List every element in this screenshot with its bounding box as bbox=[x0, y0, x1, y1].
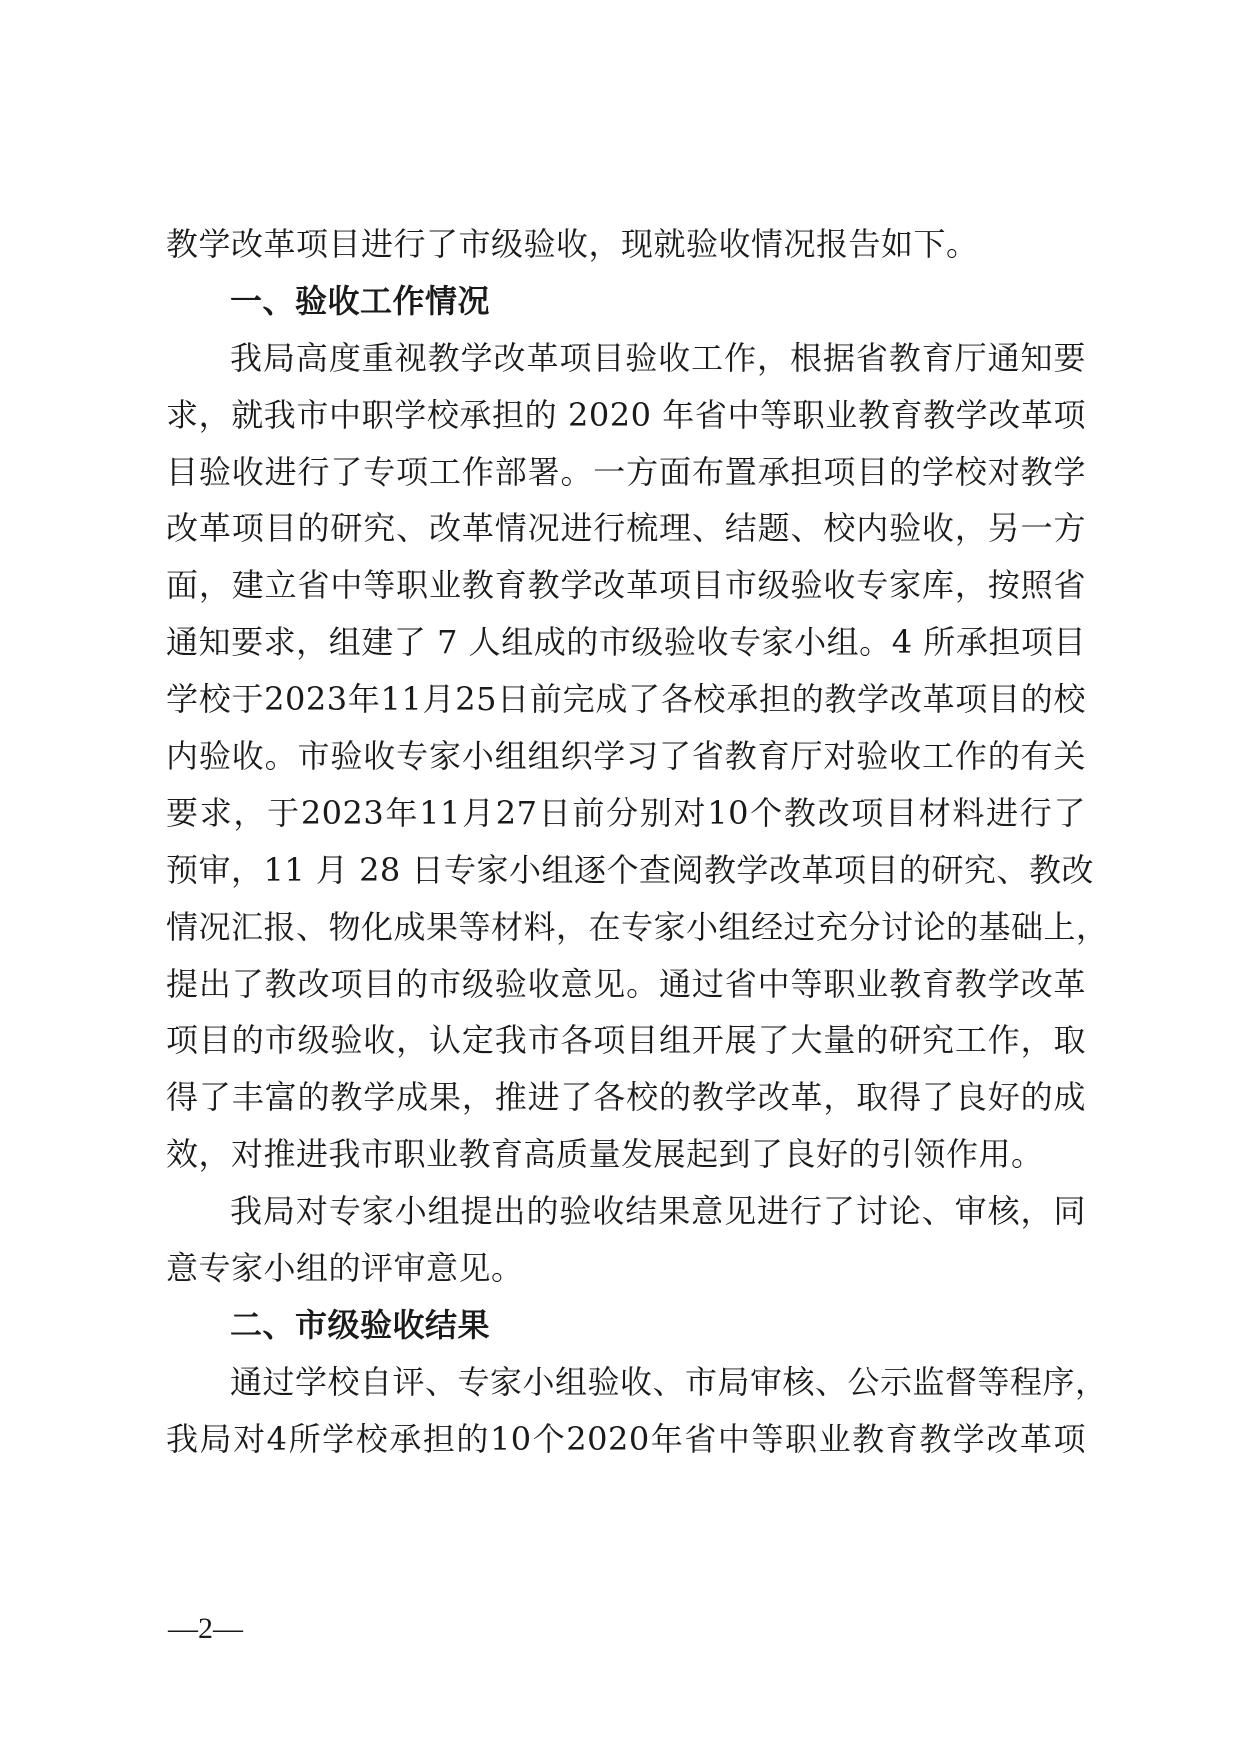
paragraph-line: 目验收进行了专项工作部署。一方面布置承担项目的学校对教学 bbox=[166, 444, 1086, 501]
paragraph-line: 通知要求，组建了 7 人组成的市级验收专家小组。4 所承担项目 bbox=[166, 614, 1086, 671]
section-heading-2: 二、市级验收结果 bbox=[166, 1297, 1086, 1354]
paragraph-line: 得了丰富的教学成果，推进了各校的教学改革，取得了良好的成 bbox=[166, 1069, 1086, 1126]
paragraph-line: 情况汇报、物化成果等材料，在专家小组经过充分讨论的基础上， bbox=[166, 899, 1086, 956]
paragraph-line: 学校于2023年11月25日前完成了各校承担的教学改革项目的校 bbox=[166, 671, 1086, 728]
document-page: 教学改革项目进行了市级验收，现就验收情况报告如下。 一、验收工作情况 我局高度重… bbox=[166, 216, 1086, 1468]
paragraph-line: 项目的市级验收，认定我市各项目组开展了大量的研究工作，取 bbox=[166, 1012, 1086, 1069]
paragraph-line: 预审，11 月 28 日专家小组逐个查阅教学改革项目的研究、教改 bbox=[166, 842, 1086, 899]
paragraph-line: 内验收。市验收专家小组组织学习了省教育厅对验收工作的有关 bbox=[166, 728, 1086, 785]
page-number: —2— bbox=[168, 1612, 243, 1646]
section-heading-1: 一、验收工作情况 bbox=[166, 273, 1086, 330]
paragraph-line: 面，建立省中等职业教育教学改革项目市级验收专家库，按照省 bbox=[166, 557, 1086, 614]
paragraph-line: 要求，于2023年11月27日前分别对10个教改项目材料进行了 bbox=[166, 785, 1086, 842]
paragraph-line: 我局高度重视教学改革项目验收工作，根据省教育厅通知要 bbox=[166, 330, 1086, 387]
paragraph-line: 我局对专家小组提出的验收结果意见进行了讨论、审核，同 bbox=[166, 1183, 1086, 1240]
paragraph-line: 提出了教改项目的市级验收意见。通过省中等职业教育教学改革 bbox=[166, 956, 1086, 1013]
paragraph-line: 求，就我市中职学校承担的 2020 年省中等职业教育教学改革项 bbox=[166, 387, 1086, 444]
paragraph-line: 意专家小组的评审意见。 bbox=[166, 1240, 1086, 1297]
paragraph-line: 我局对4所学校承担的10个2020年省中等职业教育教学改革项 bbox=[166, 1411, 1086, 1468]
paragraph-line: 通过学校自评、专家小组验收、市局审核、公示监督等程序， bbox=[166, 1354, 1086, 1411]
paragraph-line: 改革项目的研究、改革情况进行梳理、结题、校内验收，另一方 bbox=[166, 500, 1086, 557]
paragraph-line: 教学改革项目进行了市级验收，现就验收情况报告如下。 bbox=[166, 216, 1086, 273]
paragraph-line: 效，对推进我市职业教育高质量发展起到了良好的引领作用。 bbox=[166, 1126, 1086, 1183]
